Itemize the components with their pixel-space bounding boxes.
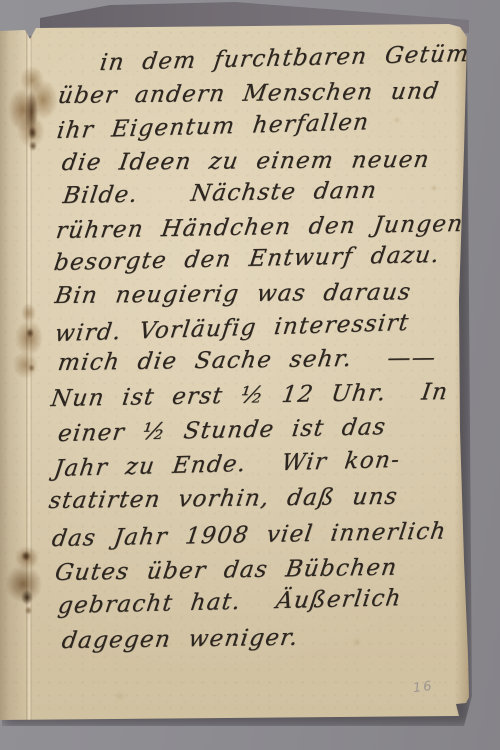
handwriting-line-14: statirten vorhin, daß uns bbox=[47, 484, 400, 515]
handwriting-line-5: Bilde. Nächste dann bbox=[61, 177, 379, 210]
handwriting-line-12: einer ½ Stunde ist das bbox=[56, 414, 388, 448]
handwriting-line-10: mich die Sache sehr. —— bbox=[56, 345, 438, 377]
handwriting-line-1: in dem furchtbaren Getümel bbox=[98, 40, 494, 77]
photograph-backdrop: in dem furchtbaren Getümel über andern M… bbox=[0, 0, 500, 750]
handwritten-text: in dem furchtbaren Getümel über andern M… bbox=[0, 0, 470, 721]
handwriting-line-16: Gutes über das Bübchen bbox=[53, 555, 399, 587]
handwriting-line-11: Nun ist erst ½ 12 Uhr. In bbox=[49, 379, 450, 413]
foxing-spots bbox=[0, 0, 4, 4]
handwriting-line-2: über andern Menschen und bbox=[56, 78, 441, 110]
handwriting-line-8: Bin neugierig was daraus bbox=[53, 279, 413, 310]
handwriting-line-7: besorgte den Entwurf dazu. bbox=[52, 242, 442, 277]
handwriting-line-15: das Jahr 1908 viel innerlich bbox=[50, 518, 448, 553]
handwriting-line-3: ihr Eigentum herfallen bbox=[55, 109, 371, 145]
pencil-folio-number: 16 bbox=[412, 679, 434, 696]
handwriting-line-4: die Ideen zu einem neuen bbox=[60, 147, 432, 177]
handwriting-line-17: gebracht hat. Äußerlich bbox=[56, 585, 403, 620]
handwriting-line-6: rühren Händchen den Jungen bbox=[54, 211, 465, 245]
handwriting-line-18: dagegen weniger. bbox=[60, 625, 300, 655]
handwriting-line-9: wird. Vorläufig interessirt bbox=[53, 310, 411, 348]
diary-page: in dem furchtbaren Getümel über andern M… bbox=[0, 0, 470, 721]
handwriting-line-13: Jahr zu Ende. Wir kon- bbox=[52, 447, 402, 483]
